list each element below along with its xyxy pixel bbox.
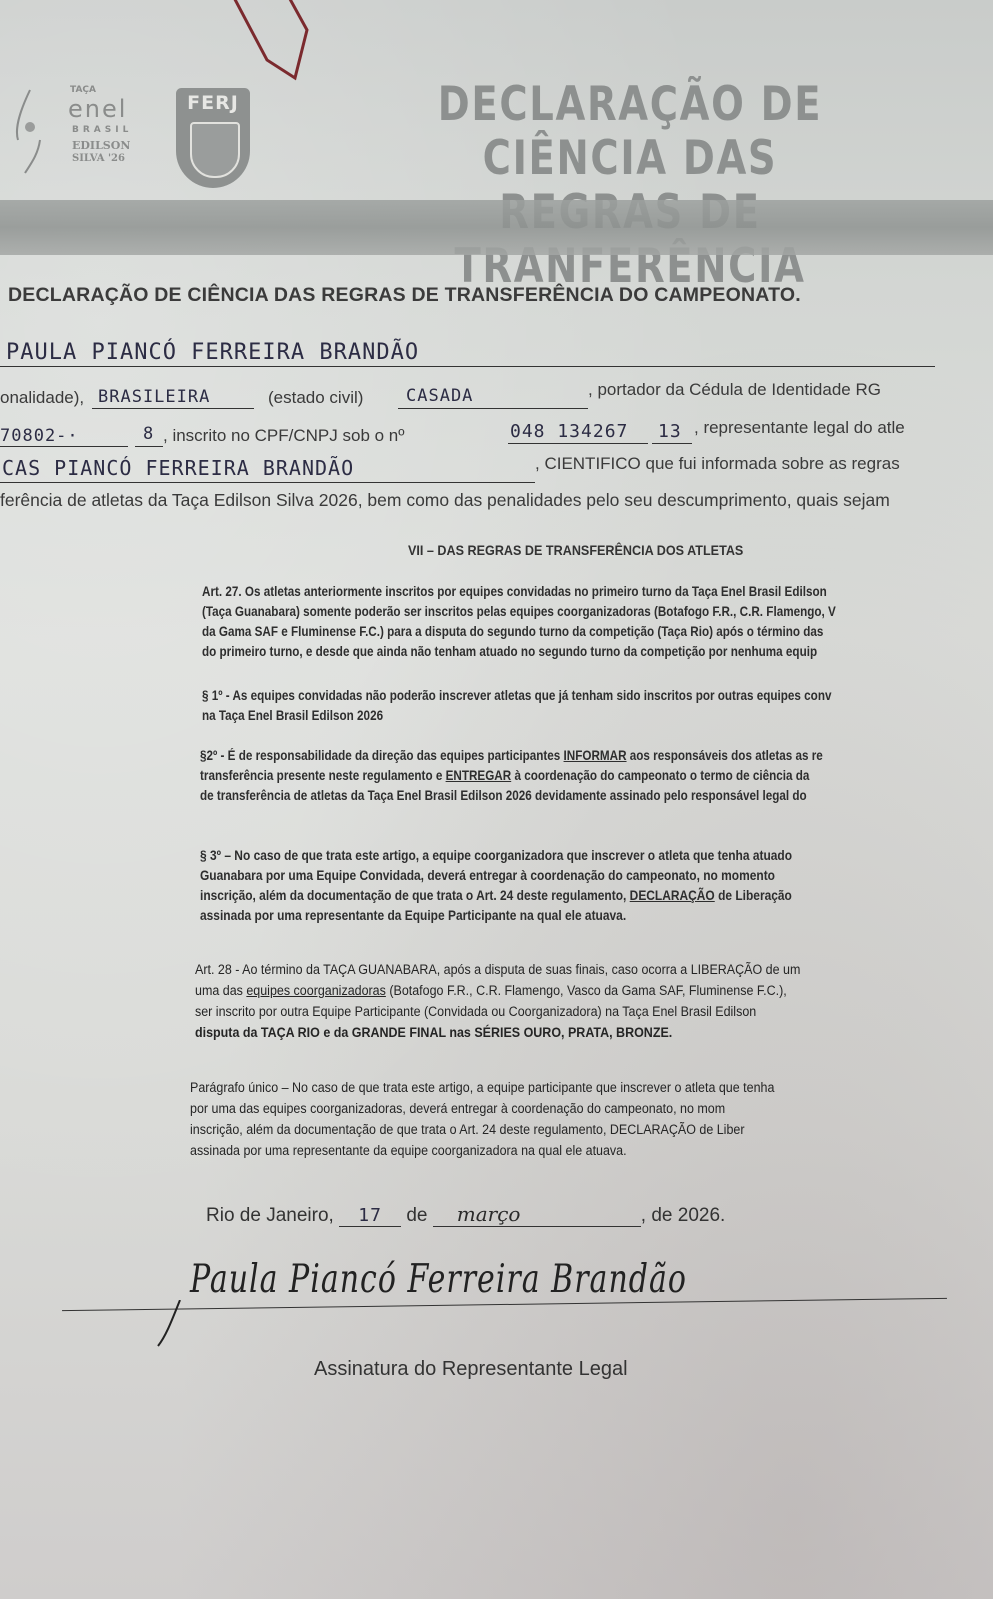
art-27: Art. 27. Os atletas anteriormente inscri…	[202, 582, 836, 662]
civil-status-field[interactable]: CASADA	[406, 386, 473, 406]
art-28-line: disputa da TAÇA RIO e da GRANDE FINAL na…	[195, 1023, 800, 1044]
logo-line: BRASIL	[72, 125, 132, 135]
city-label: Rio de Janeiro,	[206, 1205, 334, 1226]
athlete-underline	[0, 482, 535, 483]
signature[interactable]: Paula Piancó Ferreira Brandão	[190, 1257, 687, 1303]
rg-label: , portador da Cédula de Identidade RG	[588, 380, 881, 400]
de-label: de	[406, 1205, 427, 1226]
cpf-digit-underline	[652, 443, 692, 444]
cpf-label: , inscrito no CPF/CNPJ sob o nº	[163, 426, 404, 446]
logo-line: enel	[68, 95, 127, 123]
rg-digit-field[interactable]: 8	[143, 424, 154, 444]
logo-line: EDILSON	[72, 139, 130, 152]
ferj-logo: FERJ	[176, 88, 250, 188]
text: à coordenação do campeonato o termo de c…	[511, 768, 809, 783]
art-28-line: Art. 28 - Ao término da TAÇA GUANABARA, …	[195, 960, 800, 981]
paragraph-unique-line: assinada por uma representante da equipe…	[190, 1141, 774, 1162]
paragraph-unique-line: inscrição, além da documentação de que t…	[190, 1120, 774, 1141]
art-27-line: Art. 27. Os atletas anteriormente inscri…	[202, 582, 836, 602]
nationality-field[interactable]: BRASILEIRA	[98, 387, 210, 407]
section-title: VII – DAS REGRAS DE TRANSFERÊNCIA DOS AT…	[408, 542, 743, 558]
equipes-underlined: equipes coorganizadoras	[246, 983, 386, 999]
informar-underlined: INFORMAR	[564, 748, 627, 763]
rg-underline	[0, 446, 128, 447]
text: §2º - É de responsabilidade da direção d…	[200, 748, 564, 763]
paragraph-2-line: de transferência de atletas da Taça Enel…	[200, 786, 823, 806]
declaration-heading: DECLARAÇÃO DE CIÊNCIA DAS REGRAS DE TRAN…	[8, 284, 801, 307]
document-title: DECLARAÇÃO DE CIÊNCIA DAS REGRAS DE TRAN…	[351, 78, 909, 294]
cpf-field[interactable]: 048 134267	[510, 421, 628, 442]
paragraph-3-line: Guanabara por uma Equipe Convidada, deve…	[200, 866, 792, 886]
art-28-line: ser inscrito por outra Equipe Participan…	[195, 1002, 800, 1023]
year-label: , de 2026.	[641, 1205, 726, 1226]
paragraph-3: § 3º – No caso de que trata este artigo,…	[200, 846, 792, 926]
day-field[interactable]: 17	[339, 1205, 401, 1227]
text: (Botafogo F.R., C.R. Flamengo, Vasco da …	[386, 983, 787, 999]
paragraph-unique-line: por uma das equipes coorganizadoras, dev…	[190, 1099, 774, 1120]
rg-digit-underline	[135, 446, 163, 447]
nationality-label: onalidade),	[0, 388, 84, 408]
text: inscrição, além da documentação de que t…	[200, 888, 630, 903]
signature-flourish-icon	[150, 1300, 190, 1350]
nationality-underline	[92, 408, 254, 409]
transfer-text: ferência de atletas da Taça Edilson Silv…	[0, 490, 890, 511]
ferj-text: FERJ	[176, 88, 250, 114]
text: transferência presente neste regulamento…	[200, 768, 446, 783]
signature-label: Assinatura do Representante Legal	[314, 1358, 628, 1381]
art-27-line: do primeiro turno, e desde que ainda não…	[202, 642, 836, 662]
cientifico-text: , CIENTIFICO que fui informada sobre as …	[535, 454, 900, 474]
cpf-underline	[508, 443, 648, 444]
art-28: Art. 28 - Ao término da TAÇA GUANABARA, …	[195, 960, 800, 1044]
paragraph-1: § 1º - As equipes convidadas não poderão…	[202, 686, 831, 726]
paragraph-1-line: na Taça Enel Brasil Edilson 2026	[202, 706, 831, 726]
declaracao-underlined: DECLARAÇÃO	[630, 888, 715, 903]
name-field[interactable]: PAULA PIANCÓ FERREIRA BRANDÃO	[6, 340, 419, 365]
paragraph-3-line: assinada por uma representante da Equipe…	[200, 906, 792, 926]
taca-enel-logo: TAÇA enel BRASIL EDILSON SILVA '26	[20, 85, 160, 175]
date-row: Rio de Janeiro, 17 de março, de 2026.	[206, 1202, 725, 1227]
logo-line: SILVA '26	[72, 153, 125, 164]
ferj-shield-icon	[190, 122, 240, 178]
text: de Liberação	[715, 888, 792, 903]
logo-line: TAÇA	[70, 85, 96, 95]
paragraph-unique: Parágrafo único – No caso de que trata e…	[190, 1078, 774, 1162]
civil-status-underline	[398, 408, 588, 409]
athlete-field[interactable]: CAS PIANCÓ FERREIRA BRANDÃO	[2, 456, 354, 480]
representative-label: , representante legal do atle	[694, 418, 905, 438]
month-field[interactable]: março	[433, 1202, 641, 1227]
name-underline	[0, 366, 935, 367]
title-line-1: DECLARAÇÃO DE CIÊNCIA DAS	[351, 78, 909, 186]
paragraph-unique-line: Parágrafo único – No caso de que trata e…	[190, 1078, 774, 1099]
ball-swoosh-icon	[10, 85, 50, 175]
art-27-line: (Taça Guanabara) somente poderão ser ins…	[202, 602, 836, 622]
paperclip-icon	[225, 0, 320, 85]
entregar-underlined: ENTREGAR	[446, 768, 512, 783]
text: uma das	[195, 983, 246, 999]
cpf-digit-field[interactable]: 13	[658, 421, 682, 442]
paragraph-3-line: § 3º – No caso de que trata este artigo,…	[200, 846, 792, 866]
text: aos responsáveis dos atletas as re	[627, 748, 823, 763]
art-27-line: da Gama SAF e Fluminense F.C.) para a di…	[202, 622, 836, 642]
header-band	[0, 200, 993, 255]
paragraph-2: §2º - É de responsabilidade da direção d…	[200, 746, 823, 806]
civil-status-label: (estado civil)	[268, 388, 363, 408]
rg-field[interactable]: 70802-·	[0, 426, 79, 446]
paragraph-1-line: § 1º - As equipes convidadas não poderão…	[202, 686, 831, 706]
